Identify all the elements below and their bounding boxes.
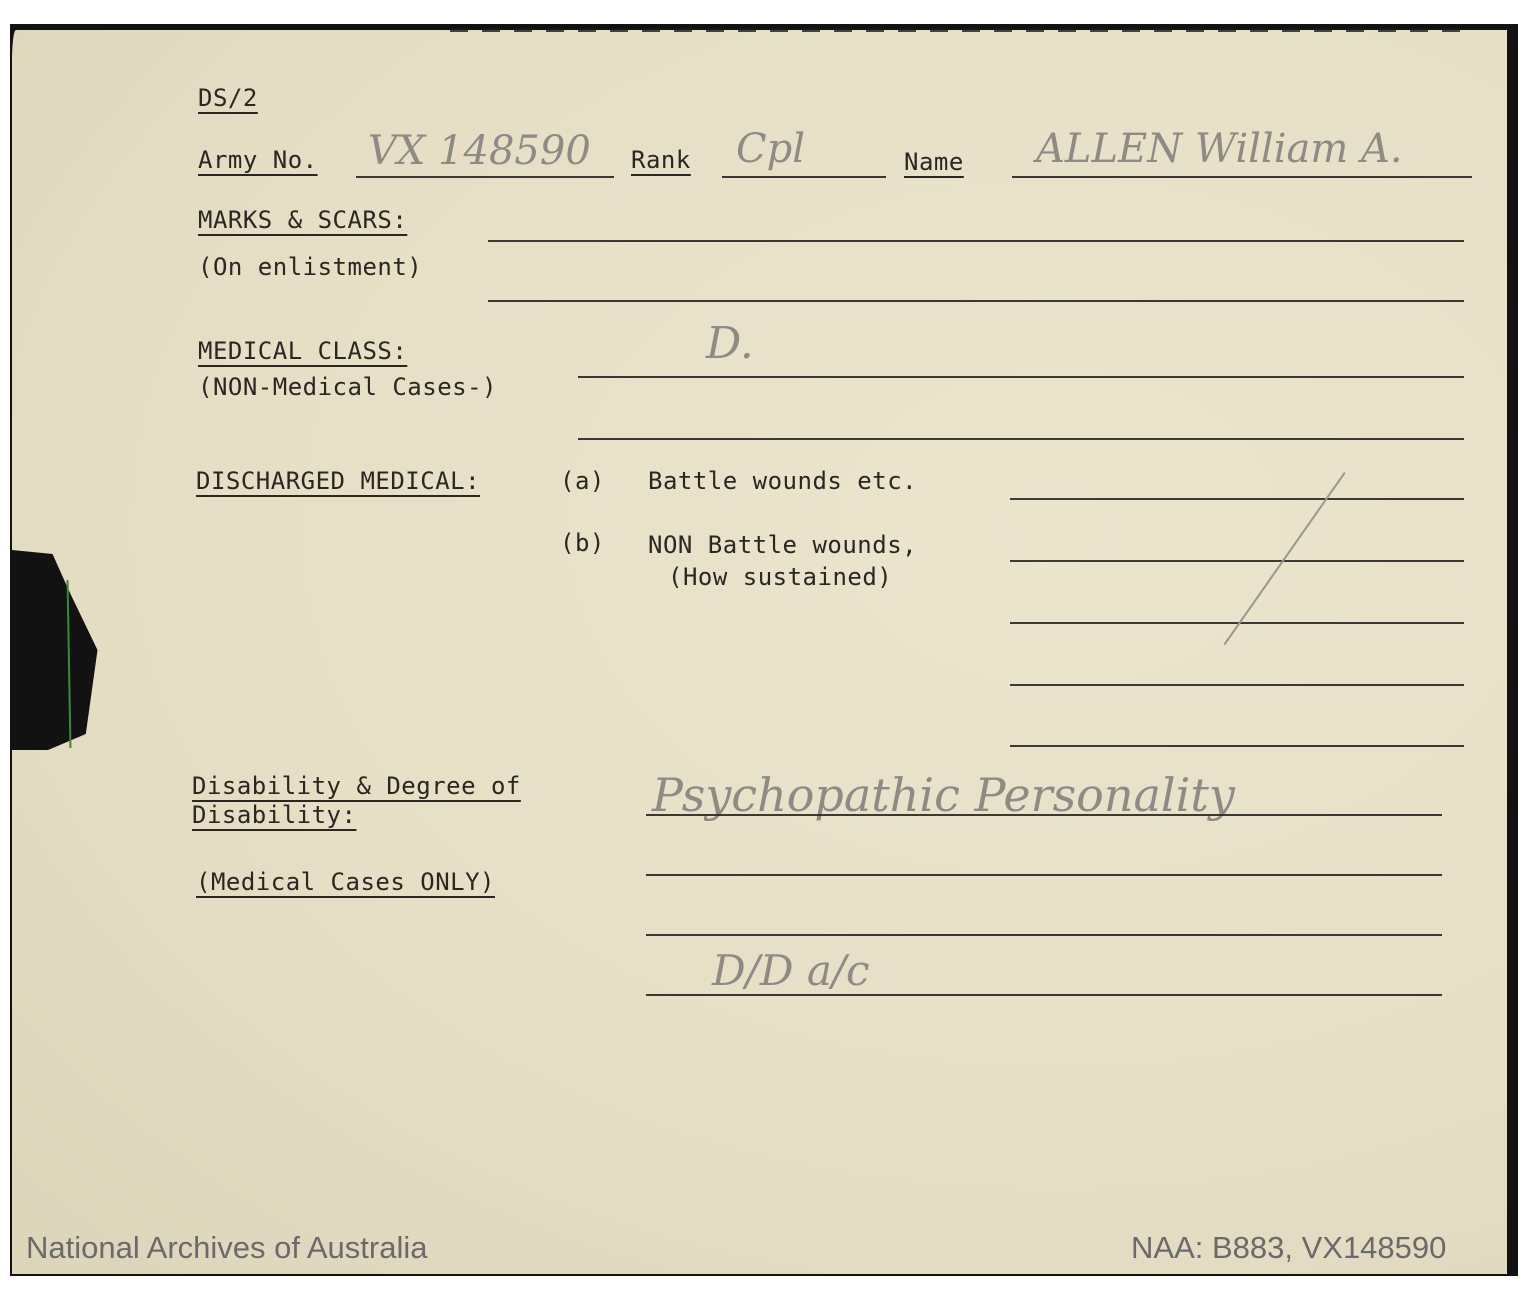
archive-reference: NAA: B883, VX148590 — [1131, 1230, 1446, 1266]
medical-class-rule-2 — [578, 438, 1464, 440]
disability-rule-2 — [646, 874, 1442, 876]
disability-rule-4 — [646, 994, 1442, 996]
medical-class-rule-1 — [578, 376, 1464, 378]
name-rule — [1012, 176, 1472, 178]
name-label: Name — [904, 148, 964, 176]
discharged-rule-2 — [1010, 560, 1464, 562]
army-no-rule — [356, 176, 614, 178]
disability-label-line2: Disability: — [192, 801, 356, 829]
option-b-text: NON Battle wounds, — [648, 531, 917, 559]
medical-class-sublabel: (NON-Medical Cases-) — [198, 373, 497, 401]
option-b-subtext: (How sustained) — [668, 563, 892, 591]
marks-scars-sublabel: (On enlistment) — [198, 253, 422, 281]
archive-name: National Archives of Australia — [26, 1230, 428, 1266]
disability-rule-3 — [646, 934, 1442, 936]
option-a-marker: (a) — [560, 467, 605, 495]
medical-class-value: D. — [706, 318, 754, 369]
army-no-label: Army No. — [198, 146, 318, 174]
form-code-text: DS/2 — [198, 84, 258, 112]
option-a-text: Battle wounds etc. — [648, 467, 917, 495]
disability-value-line4: D/D a/c — [712, 946, 870, 995]
rank-value: Cpl — [736, 126, 805, 172]
discharged-rule-1 — [1010, 498, 1464, 500]
medical-class-label: MEDICAL CLASS: — [198, 337, 407, 365]
disability-sublabel: (Medical Cases ONLY) — [196, 868, 495, 896]
discharged-rule-5 — [1010, 745, 1464, 747]
rank-label: Rank — [631, 146, 691, 174]
marks-scars-rule-2 — [488, 300, 1464, 302]
name-value: ALLEN William A. — [1036, 126, 1403, 172]
option-b-marker: (b) — [560, 529, 605, 557]
disability-label-line1: Disability & Degree of — [192, 772, 521, 800]
perforation-edge — [450, 28, 1470, 32]
form-code: DS/2 — [198, 84, 258, 112]
marks-scars-rule-1 — [488, 240, 1464, 242]
discharged-rule-4 — [1010, 684, 1464, 686]
marks-scars-label: MARKS & SCARS: — [198, 206, 407, 234]
army-no-value: VX 148590 — [368, 128, 591, 174]
rank-rule — [722, 176, 886, 178]
discharged-medical-label: DISCHARGED MEDICAL: — [196, 467, 480, 495]
disability-rule-1 — [646, 814, 1442, 816]
